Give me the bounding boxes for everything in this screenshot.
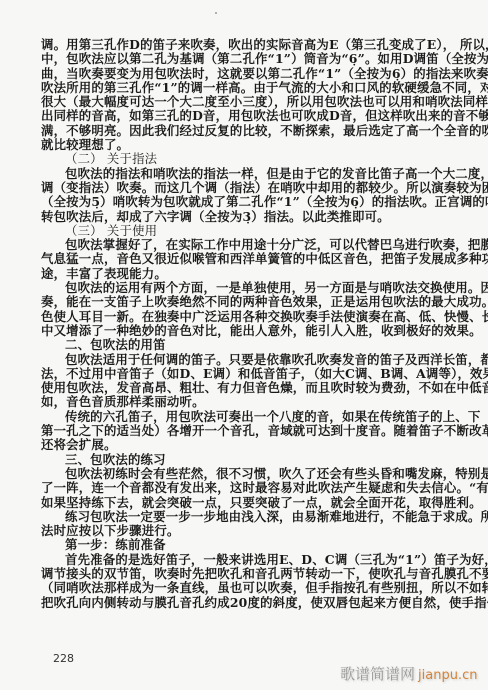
page-number: 228	[53, 652, 74, 665]
paragraph-end-line: 法时应按以下步骤进行。	[41, 524, 453, 538]
book-page-body: 调。用第三孔作D的笛子来吹奏，吹出的实际音高为E（第三孔变成了E）， 所以，在实…	[41, 38, 453, 610]
paragraph-start-line: 包吹法掌握好了，在实际工作中用途十分广泛，可以代替巴乌进行吹奏，把膜贴松一点，或	[41, 238, 453, 252]
text-line: 出同样的音高，如第三孔的D音，用包吹法也可吹成D音，但这样吹出来的音不够圆润，不…	[41, 109, 453, 123]
scan-speck	[215, 12, 217, 14]
paragraph-end-line: 如果坚持练下去，就会突破一点，只要突破了一点，就会全面开花，取得胜利。	[41, 496, 453, 510]
paragraph-start-line: 包吹法适用于任何调的笛子。只要是依靠吹孔吹奏发音的笛子及西洋长笛，都能适用包吹	[41, 353, 453, 367]
text-line: 调节接头的双节笛，吹奏时先把吹孔和音孔两节转动一下，使吹孔与音孔膜孔不要成一条直…	[41, 567, 453, 581]
text-line: 很大（最大幅度可达一个大二度至小三度），所以用包吹法也可以用和哨吹法同样的指孔吹…	[41, 95, 453, 109]
paragraph-start-line: 包吹法的运用有两个方面，一是单独使用，另一方面是与哨吹法交换使用。因为能交换吹	[41, 281, 453, 295]
text-line: 满，不够明亮。因此我们经过反复的比较，不断探索，最后选定了高一个全音的吹奏办法，…	[41, 124, 453, 138]
paragraph-end-line: 还将会扩展。	[41, 438, 453, 452]
text-line: 曲，当吹奏要变为用包吹法时，这就要以第二孔作“1”（全按为6̣）的指法来吹奏，其…	[41, 67, 453, 81]
text-line: 中，包吹法应以第二孔为基调（第二孔作“1”）筒音为“6̣”。如用D调笛（全按为5…	[41, 52, 453, 66]
text-line: 把吹孔向内侧转动与膜孔音孔约成20度的斜度，使双唇包起来方便自然，使手指保持原吹…	[41, 596, 453, 610]
text-line: 使用包吹法，发音高昂、粗壮、有力但音色燥，而且吹时较为费劲，不如在中低音笛子上那…	[41, 381, 453, 395]
text-line: 调。用第三孔作D的笛子来吹奏，吹出的实际音高为E（第三孔变成了E）， 所以，在实…	[41, 38, 453, 52]
site-watermark: 歌谱简谱网jianpu.cn	[340, 663, 477, 684]
paragraph-start-line: 包吹法初练时会有些茫然，很不习惯，吹久了还会有些头昏和嘴发麻，特别是辛辛苦苦练	[41, 467, 453, 481]
paragraph-start-line: 练习包吹法一定要一步一步地由浅入深，由易渐难地进行，不能急于求成。所以练习包吹	[41, 510, 453, 524]
paragraph-end-line: 转包吹法后，却成了六字调（全按为3̣）指法。以此类推即可。	[41, 210, 453, 224]
watermark-chinese: 歌谱简谱网	[340, 667, 415, 683]
section-heading: 二、包吹法的用笛	[41, 338, 453, 352]
text-line: （全按为5̣）哨吹转为包吹就成了第二孔作“1”（全按为6̣）的指法吹。正宫调的哨…	[41, 195, 453, 209]
paragraph-start-line: 传统的六孔笛子，用包吹法可奏出一个八度的音，如果在传统笛子的上、下（第六孔之上、	[41, 410, 453, 424]
text-line: 奏，能在一支笛子上吹奏绝然不同的两种音色效果，正是运用包吹法的最大成功。它独有的…	[41, 295, 453, 309]
subsection-heading: （三） 关于使用	[41, 224, 453, 238]
text-line: 法，不过用中音笛子（如D、E调）和低音笛子，（如大C调、B调、A调等），效果尤佳…	[41, 367, 453, 381]
text-line: 色使人耳目一新。在独奏中广泛运用各种交换吹奏手法使演奏在高、低、快慢、长短、强弱…	[41, 310, 453, 324]
paragraph-end-line: 如，音色音质那样柔丽动听。	[41, 395, 453, 409]
section-heading: 第一步：练前准备	[41, 538, 453, 552]
text-line: 吹法所用的第三孔作“1”的调一样高。由于气流的大小和口风的软硬缓急不同，对音高的…	[41, 81, 453, 95]
paragraph-end-line: 途，丰富了表现能力。	[41, 267, 453, 281]
text-line: 气息猛一点，音色又很近似喉管和西洋单簧管的中低区音色，把笛子发展成多种功能，多种…	[41, 252, 453, 266]
paragraph-end-line: 就比较理想了。	[41, 138, 453, 152]
scan-speck	[272, 293, 274, 295]
text-line: 了一阵，连一个音都没有发出来，这时最容易对此吹法产生疑虑和失去信心。“有志者事竟…	[41, 481, 453, 495]
text-line: 第一孔之下的适当处）各增开一个音孔，音域就可达到十度音。随着笛子不断改革，包吹的…	[41, 424, 453, 438]
section-heading: 三、包吹法的练习	[41, 453, 453, 467]
text-line: 调（变指法）吹奏。而这几个调（指法）在哨吹中却用的都较少。所以演奏较为困难。如，…	[41, 181, 453, 195]
watermark-domain: jianpu.cn	[418, 668, 477, 683]
paragraph-start-line: 首先准备的是选好笛子，一般来讲选用E、D、C调（三孔为“1”）笛子为好，而且最好…	[41, 553, 453, 567]
subsection-heading: （二） 关于指法	[41, 152, 453, 166]
paragraph-end-line: 中又增添了一种绝妙的音色对比，能出人意外，能引人入胜，收到极好的效果。	[41, 324, 453, 338]
text-line: （同哨吹法那样成为一条直线，虽也可以吹奏，但手指按孔有些别扭，所以不如转动一下好…	[41, 581, 453, 595]
paragraph-start-line: 包吹法的指法和哨吹法的指法一样，但是由于它的发音比笛子高一个大二度，所以必须转	[41, 167, 453, 181]
scan-speck	[218, 239, 220, 241]
